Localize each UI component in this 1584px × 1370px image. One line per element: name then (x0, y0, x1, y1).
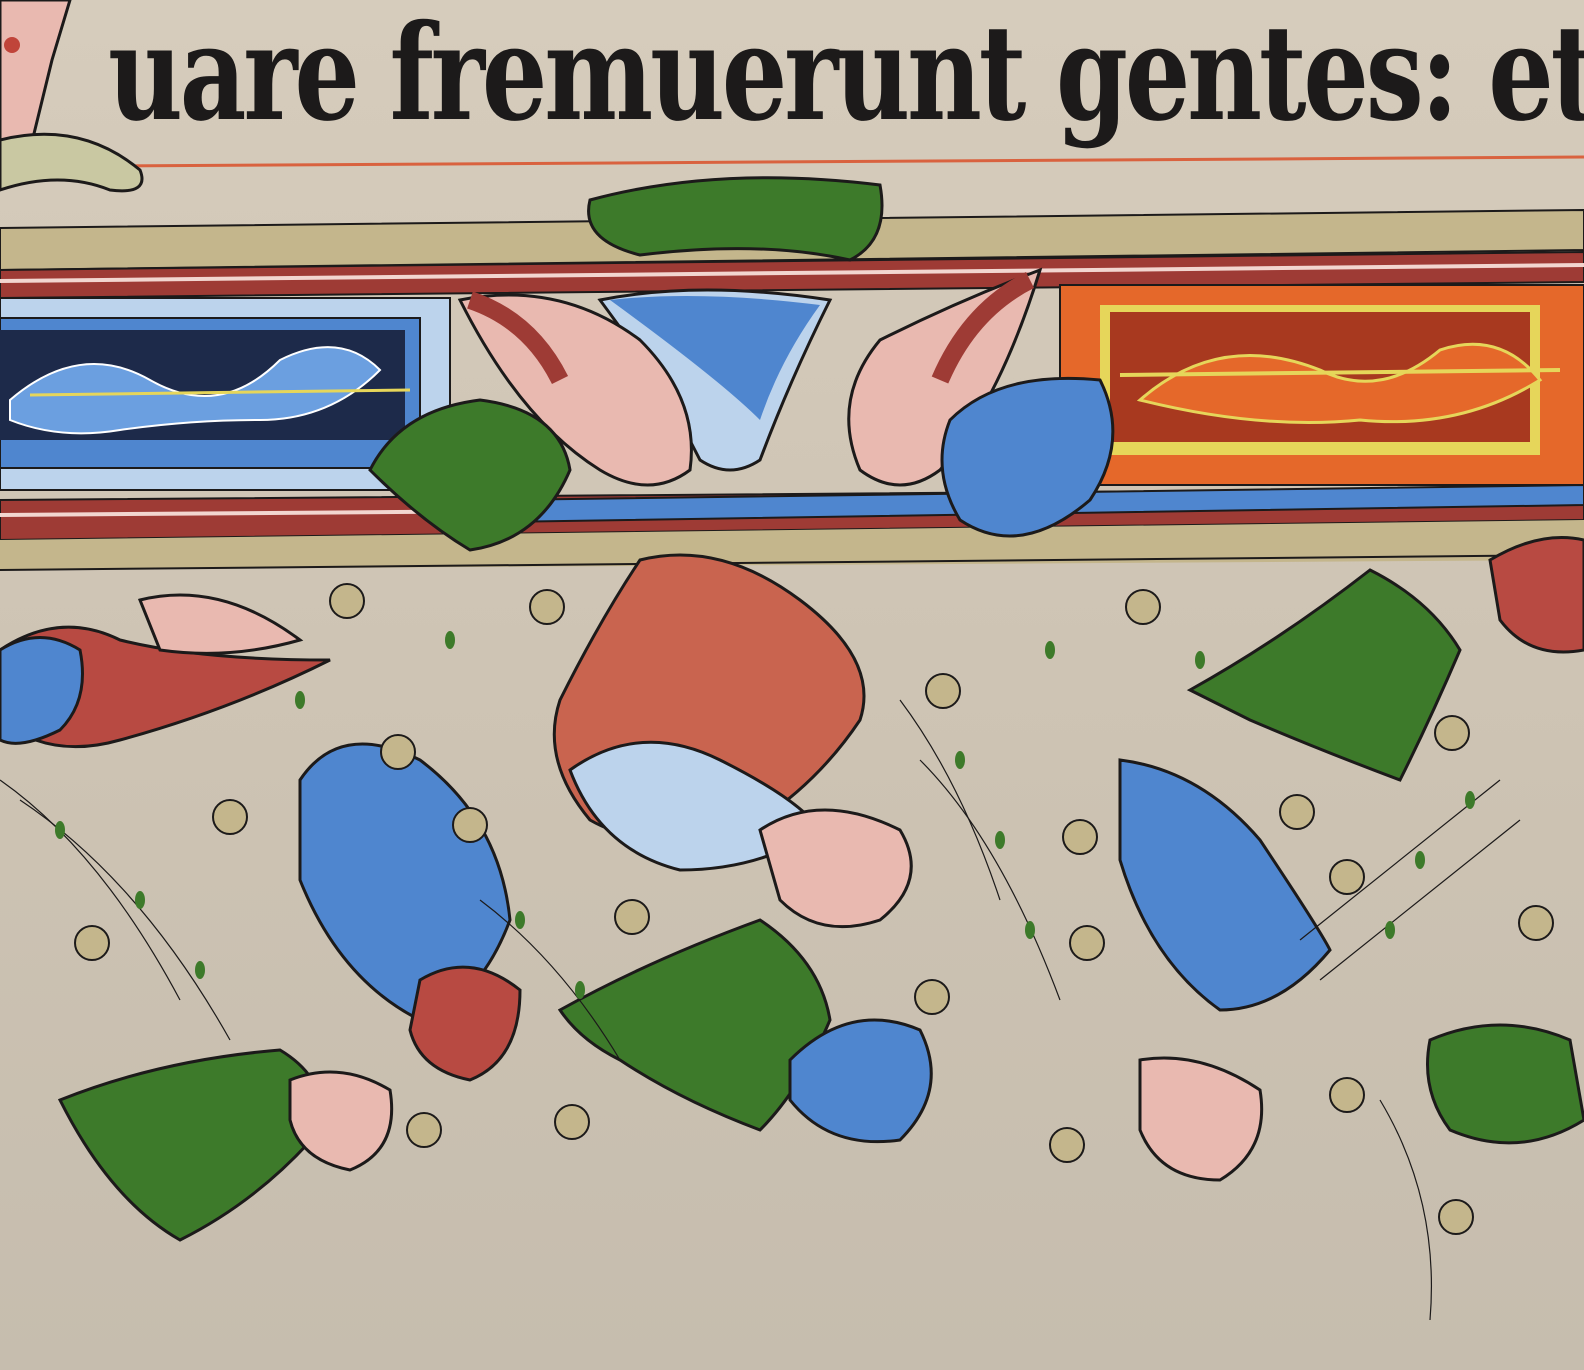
lower-band (0, 485, 1584, 570)
initial-letter-fragment (0, 0, 142, 191)
illumination-artwork (0, 0, 1584, 1370)
orange-acanthus-panel (1060, 285, 1584, 485)
